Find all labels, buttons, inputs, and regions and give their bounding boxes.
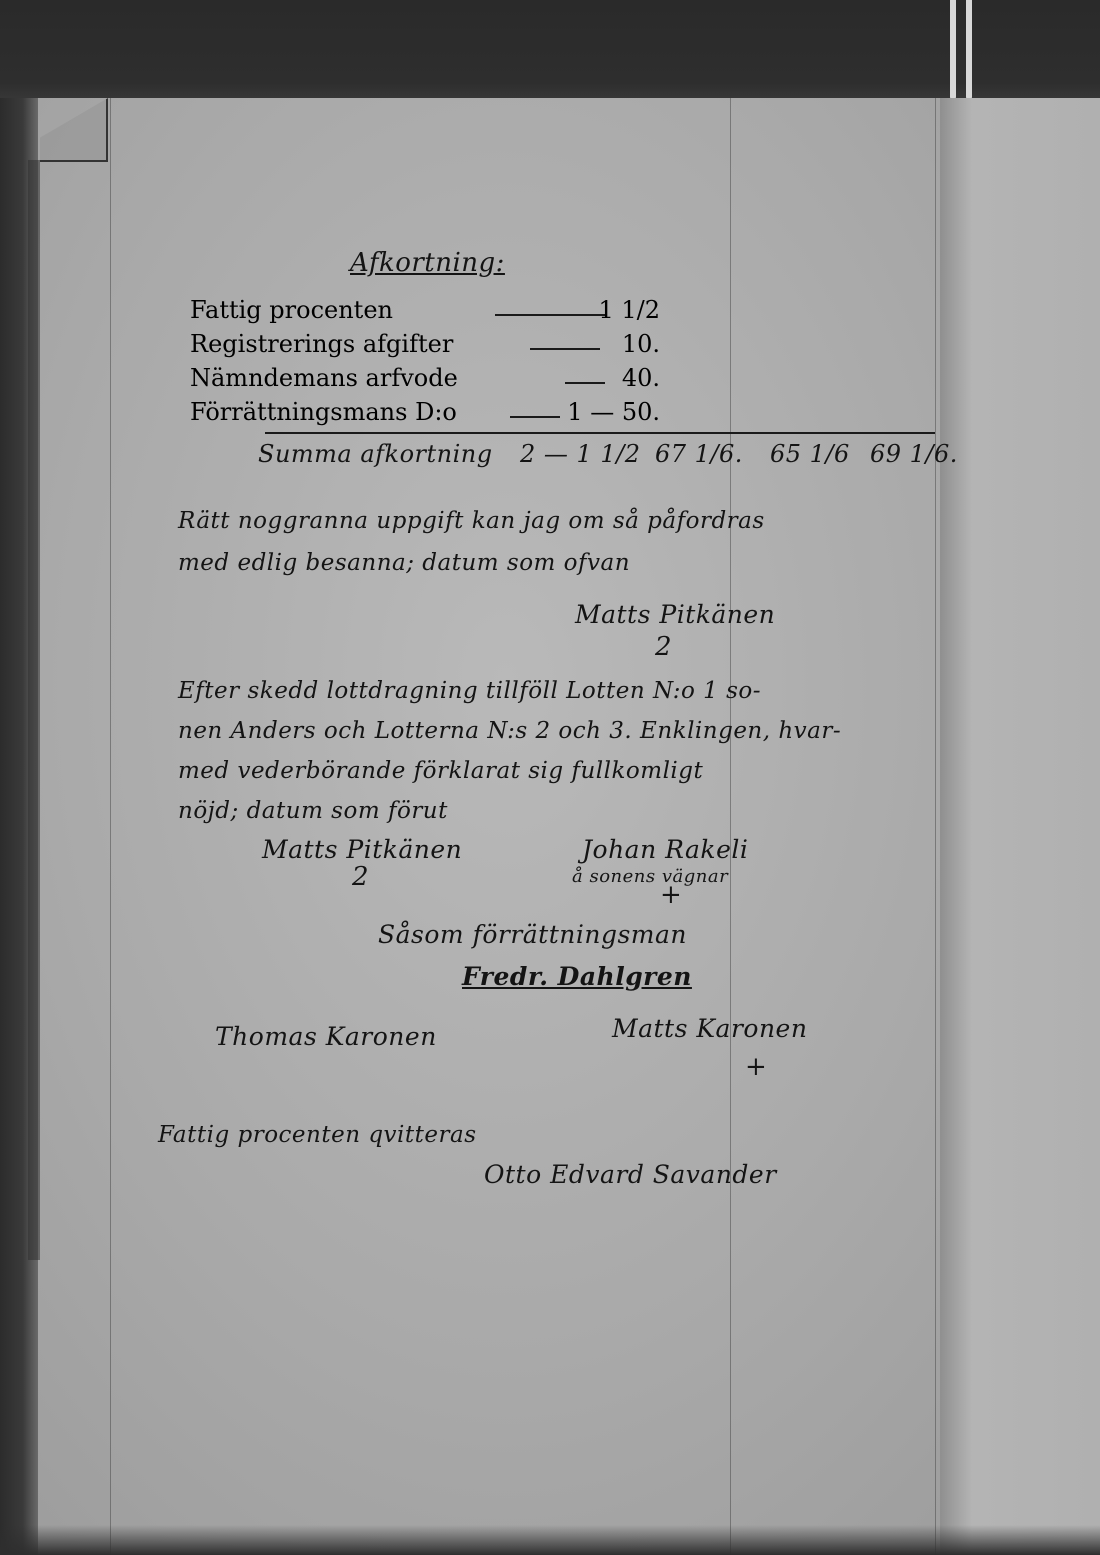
deduction-row: Nämndemans arfvode 40. xyxy=(190,364,660,398)
closing-note: Fattig procenten qvitteras xyxy=(158,1122,477,1148)
deduction-label: Registrerings afgifter xyxy=(190,330,453,358)
deduction-row: Förrättningsmans D:o 1 — 50. xyxy=(190,398,660,432)
paragraph-line: nen Anders och Lotterna N:s 2 och 3. Enk… xyxy=(178,718,841,744)
deduction-amount: 10. xyxy=(622,330,660,358)
signature-mark: 2 xyxy=(352,862,369,892)
signature-note: å sonens vägnar xyxy=(572,866,728,887)
paragraph-line: med vederbörande förklarat sig fullkomli… xyxy=(178,758,703,784)
signature: Thomas Karonen xyxy=(215,1022,437,1051)
signature-mark: + xyxy=(745,1052,767,1082)
total-value: 2 — 1 1/2 xyxy=(520,440,641,468)
facing-page-edge xyxy=(940,98,1100,1555)
leader-line xyxy=(530,348,600,350)
paper-crease-line xyxy=(730,98,731,1555)
witness-heading: Såsom förrättningsman xyxy=(378,920,687,949)
binder-clip-right xyxy=(966,0,972,100)
signature: Johan Rakeli xyxy=(582,835,748,864)
signature-mark: + xyxy=(660,880,682,910)
total-label: Summa afkortning xyxy=(258,440,493,468)
deduction-amount: 1 1/2 xyxy=(598,296,660,324)
deduction-row: Registrerings afgifter 10. xyxy=(190,330,660,364)
deduction-row: Fattig procenten 1 1/2 xyxy=(190,296,660,330)
page-fold-shadow xyxy=(28,160,40,1260)
leader-line xyxy=(510,416,560,418)
section-heading: Afkortning: xyxy=(350,248,505,278)
total-rule xyxy=(265,432,935,434)
total-value: 67 1/6. xyxy=(655,440,743,468)
leader-line xyxy=(495,314,605,316)
scanner-background-bottom xyxy=(0,1525,1100,1555)
total-value: 65 1/6 xyxy=(770,440,850,468)
deduction-amount: 1 — 50. xyxy=(567,398,660,426)
total-value: 69 1/6. xyxy=(870,440,958,468)
signature-mark: 2 xyxy=(655,632,672,662)
deduction-label: Nämndemans arfvode xyxy=(190,364,458,392)
signature: Otto Edvard Savander xyxy=(484,1160,777,1189)
scanner-background-top xyxy=(0,0,1100,104)
paper-crease-line xyxy=(110,98,111,1555)
leader-line xyxy=(565,382,605,384)
paragraph-line: nöjd; datum som förut xyxy=(178,798,448,824)
signature: Fredr. Dahlgren xyxy=(462,962,692,991)
paragraph-line: med edlig besanna; datum som ofvan xyxy=(178,550,630,576)
paper-crease-line xyxy=(935,98,936,1555)
paragraph-line: Rätt noggranna uppgift kan jag om så påf… xyxy=(178,508,765,534)
deduction-label: Förrättningsmans D:o xyxy=(190,398,457,426)
signature: Matts Pitkänen xyxy=(262,835,462,864)
binder-clip-left xyxy=(950,0,956,100)
signature: Matts Pitkänen xyxy=(575,600,775,629)
deduction-amount: 40. xyxy=(622,364,660,392)
deduction-label: Fattig procenten xyxy=(190,296,393,324)
paragraph-line: Efter skedd lottdragning tillföll Lotten… xyxy=(178,678,761,704)
signature: Matts Karonen xyxy=(612,1014,807,1043)
